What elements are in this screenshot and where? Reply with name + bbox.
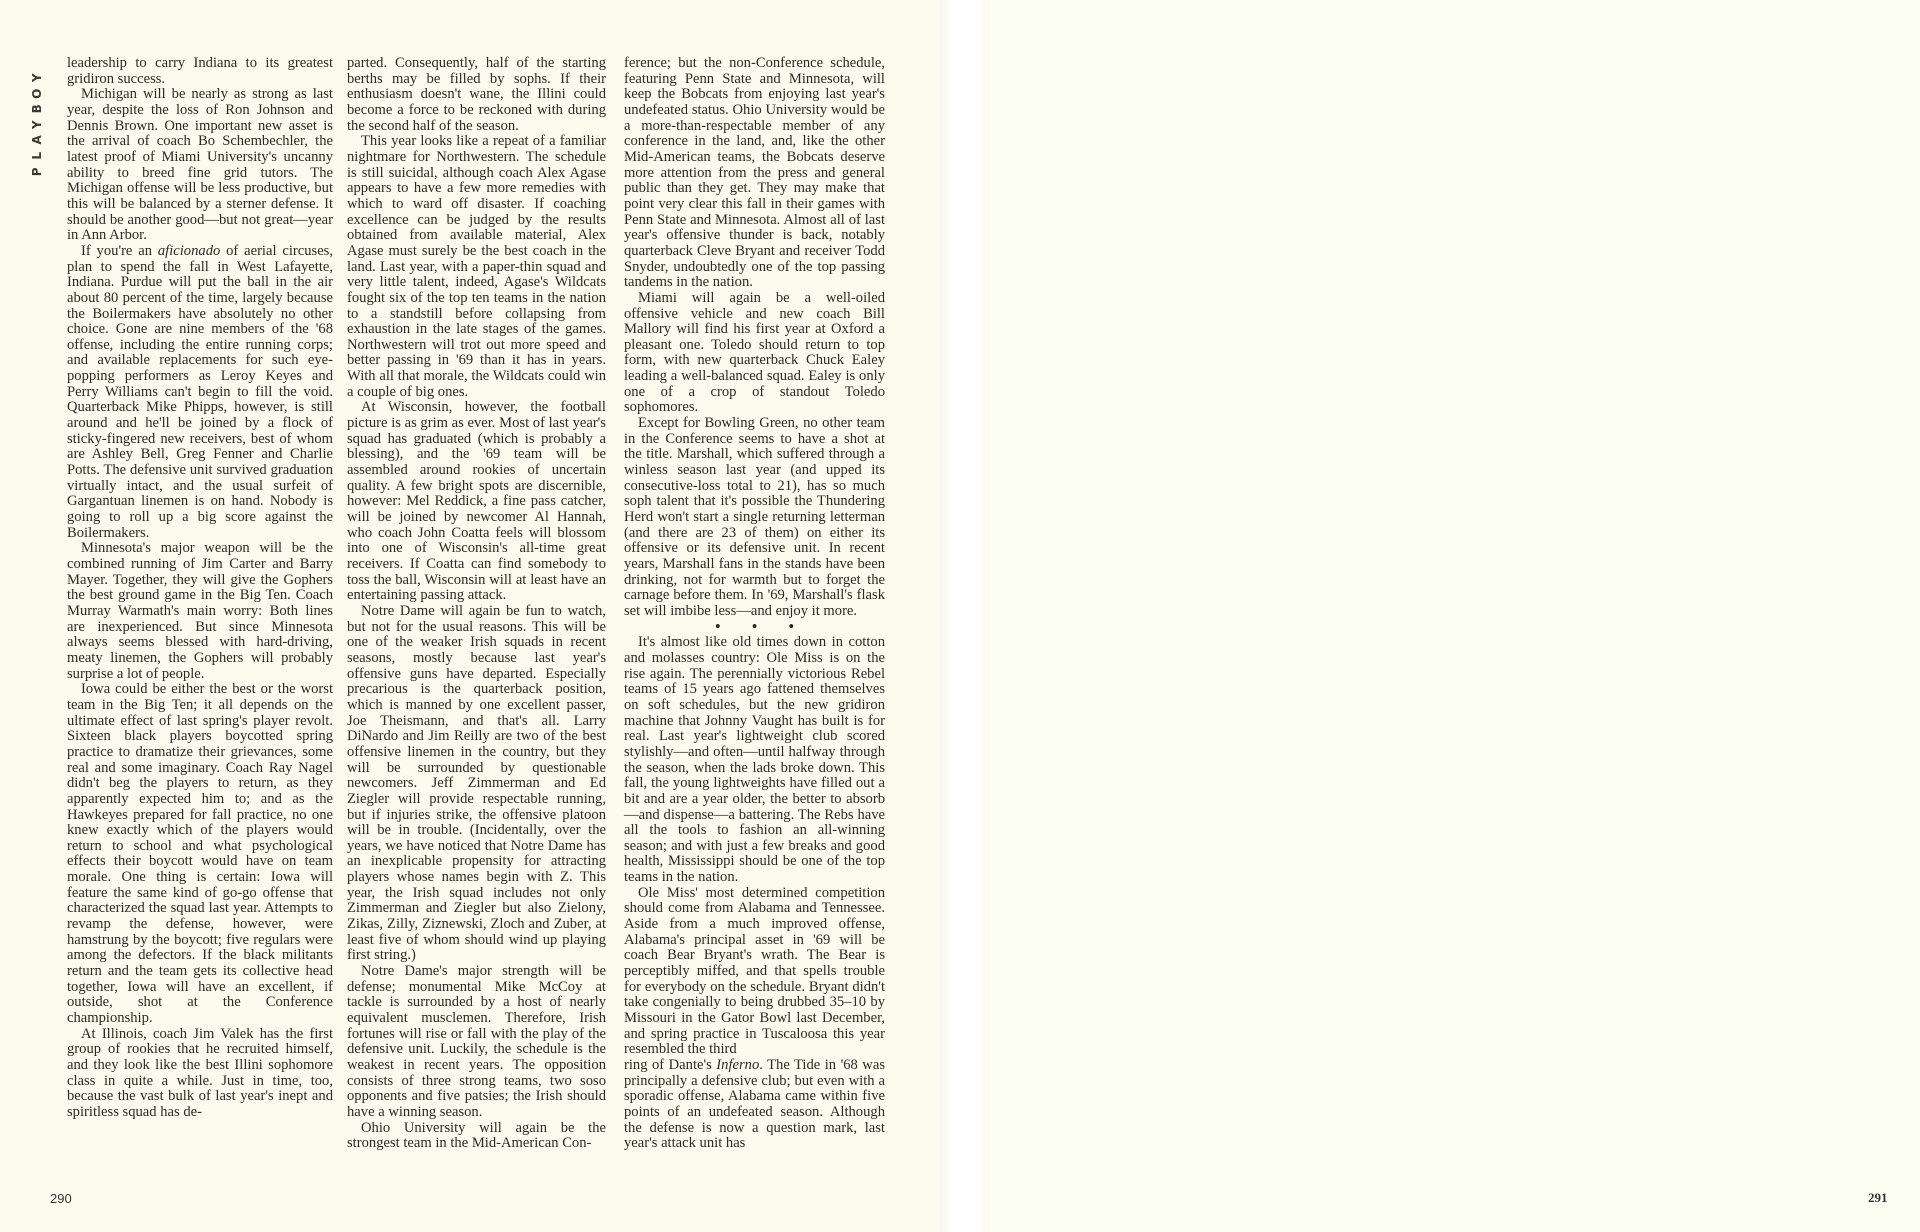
article-paragraph: If you're an aficionado of aerial circus… — [67, 244, 333, 541]
italic-title: Inferno — [716, 1057, 759, 1073]
article-paragraph: At Illinois, coach Jim Valek has the fir… — [67, 1027, 333, 1121]
right-page-blank — [990, 0, 1920, 1232]
article-paragraph: ring of Dante's Inferno. The Tide in '68… — [624, 1058, 885, 1152]
article-paragraph: Notre Dame will again be fun to watch, b… — [347, 604, 606, 964]
page-number-right: 291 — [1868, 1190, 1888, 1206]
article-paragraph: Minnesota's major weapon will be the com… — [67, 541, 333, 682]
article-column-2: parted. Consequently, half of the starti… — [347, 56, 606, 1152]
section-separator: • • • — [624, 620, 885, 636]
italic-title: aficionado — [158, 243, 220, 259]
article-paragraph: parted. Consequently, half of the starti… — [347, 56, 606, 134]
article-paragraph: This year looks like a repeat of a famil… — [347, 134, 606, 400]
article-paragraph: Ole Miss' most determined competition sh… — [624, 886, 885, 1058]
article-column-3: ference; but the non-Conference schedule… — [624, 56, 885, 1152]
article-paragraph: Michigan will be nearly as strong as las… — [67, 87, 333, 244]
article-paragraph: It's almost like old times down in cotto… — [624, 635, 885, 886]
article-column-1: leadership to carry Indiana to its great… — [67, 56, 333, 1121]
article-paragraph: Except for Bowling Green, no other team … — [624, 416, 885, 620]
article-paragraph: Notre Dame's major strength will be defe… — [347, 964, 606, 1121]
article-paragraph: At Wisconsin, however, the football pict… — [347, 400, 606, 604]
page-gutter — [940, 0, 990, 1232]
article-paragraph: Iowa could be either the best or the wor… — [67, 682, 333, 1026]
article-paragraph: ference; but the non-Conference schedule… — [624, 56, 885, 291]
playboy-vertical-masthead: YOBYALP — [28, 70, 48, 179]
article-paragraph: Miami will again be a well-oiled offensi… — [624, 291, 885, 416]
masthead-letter: P — [30, 161, 46, 181]
article-paragraph: Ohio University will again be the strong… — [347, 1121, 606, 1152]
article-paragraph: leadership to carry Indiana to its great… — [67, 56, 333, 87]
page-number-left: 290 — [50, 1191, 72, 1206]
